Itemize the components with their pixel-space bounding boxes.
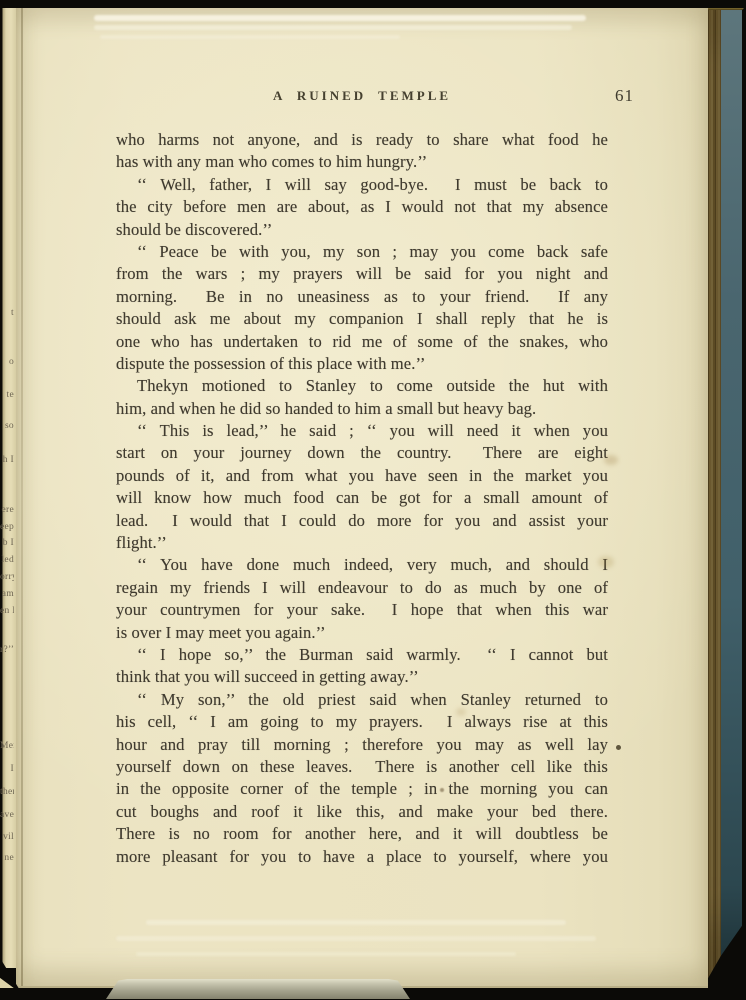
text-line: pounds of it, and from what you have see…: [116, 465, 608, 487]
edge-text-fragment: led: [0, 555, 14, 565]
text-line: who harms not anyone, and is ready to sh…: [116, 129, 608, 151]
edge-text-fragment: te: [0, 390, 14, 400]
chapter-title: A RUINED TEMPLE: [116, 88, 608, 104]
paper-stain: [604, 455, 618, 465]
text-line: start on your journey down the country. …: [116, 442, 608, 464]
text-line: There is no room for another here, and i…: [116, 823, 608, 845]
edge-text-fragment: eep: [0, 522, 14, 532]
running-header: A RUINED TEMPLE 61: [116, 88, 608, 110]
book-page: A RUINED TEMPLE 61 who harms not anyone,…: [16, 8, 708, 988]
text-line: cut boughs and roof it like this, and ma…: [116, 801, 608, 823]
paper-stain: [598, 556, 614, 568]
text-line: more pleasant for you to have a place to…: [116, 846, 608, 868]
edge-text-fragment: vil: [0, 832, 14, 842]
text-line: Thekyn motioned to Stanley to come outsi…: [116, 375, 608, 397]
edge-text-fragment: ere: [0, 505, 14, 515]
edge-text-fragment: orry: [0, 572, 14, 582]
page-number: 61: [615, 86, 634, 106]
paper-stain: [456, 708, 466, 716]
text-line: from the wars ; my prayers will be said …: [116, 263, 608, 285]
text-line: lead. I would that I could do more for y…: [116, 510, 608, 532]
ink-speck: [440, 788, 444, 792]
scanner-page-holder: [106, 979, 410, 999]
edge-text-fragment: am: [0, 589, 14, 599]
text-line: ‘‘ You have done much indeed, very much,…: [116, 554, 608, 576]
edge-text-fragment: ave: [0, 810, 14, 820]
scan-streak: [116, 936, 596, 941]
text-line: should ask me about my companion I shall…: [116, 308, 608, 330]
text-line: dispute the possession of this place wit…: [116, 353, 608, 375]
book-scan-scene: totesoh Iereeepb Iledorryamen Ir?’’MenIt…: [0, 0, 746, 1000]
edge-text-fragment: t: [0, 308, 14, 318]
edge-text-fragment: so: [0, 421, 14, 431]
text-line: your countrymen for your sake. I hope th…: [116, 599, 608, 621]
text-line: him, and when he did so handed to him a …: [116, 398, 608, 420]
edge-text-fragment: I: [0, 764, 14, 774]
edge-text-fragment: o: [0, 357, 14, 367]
text-line: should be discovered.’’: [116, 219, 608, 241]
scan-streak: [94, 15, 586, 21]
book-cover-right-edge: [720, 10, 742, 982]
edge-text-fragment: Men: [0, 741, 14, 751]
text-line: regain my friends I will endeavour to do…: [116, 577, 608, 599]
text-line: ‘‘ My son,’’ the old priest said when St…: [116, 689, 608, 711]
text-line: ‘‘ I hope so,’’ the Burman said warmly. …: [116, 644, 608, 666]
text-line: his cell, ‘‘ I am going to my prayers. I…: [116, 711, 608, 733]
text-line: morning. Be in no uneasiness as to your …: [116, 286, 608, 308]
scan-streak: [94, 25, 572, 30]
text-column: who harms not anyone, and is ready to sh…: [116, 129, 608, 868]
text-line: is over I may meet you again.’’: [116, 622, 608, 644]
text-line: ‘‘ Peace be with you, my son ; may you c…: [116, 241, 608, 263]
scan-streak: [146, 920, 566, 925]
text-line: flight.’’: [116, 532, 608, 554]
edge-text-fragment: en I: [0, 606, 14, 616]
edge-text-fragment: b I: [0, 538, 14, 548]
text-line: ‘‘ Well, father, I will say good-bye. I …: [116, 174, 608, 196]
gutter-crease: [21, 8, 23, 986]
edge-text-fragment: h I: [0, 455, 14, 465]
text-line: yourself down on these leaves. There is …: [116, 756, 608, 778]
text-line: ‘‘ This is lead,’’ he said ; ‘‘ you will…: [116, 420, 608, 442]
ink-speck: [616, 745, 621, 750]
edge-text-fragment: r?’’: [0, 645, 14, 655]
edge-text-fragment: ther: [0, 787, 14, 797]
text-line: the city before men are about, as I woul…: [116, 196, 608, 218]
top-background-edge: [0, 0, 746, 8]
text-line: one who has undertaken to rid me of some…: [116, 331, 608, 353]
text-line: think that you will succeed in getting a…: [116, 666, 608, 688]
text-line: has with any man who comes to him hungry…: [116, 151, 608, 173]
edge-text-fragment: ne: [0, 853, 14, 863]
scan-streak: [136, 952, 516, 956]
text-line: will know how much food can be got for a…: [116, 487, 608, 509]
text-line: hour and pray till morning ; therefore y…: [116, 734, 608, 756]
text-line: in the opposite corner of the temple ; i…: [116, 778, 608, 800]
scan-streak: [100, 35, 400, 39]
